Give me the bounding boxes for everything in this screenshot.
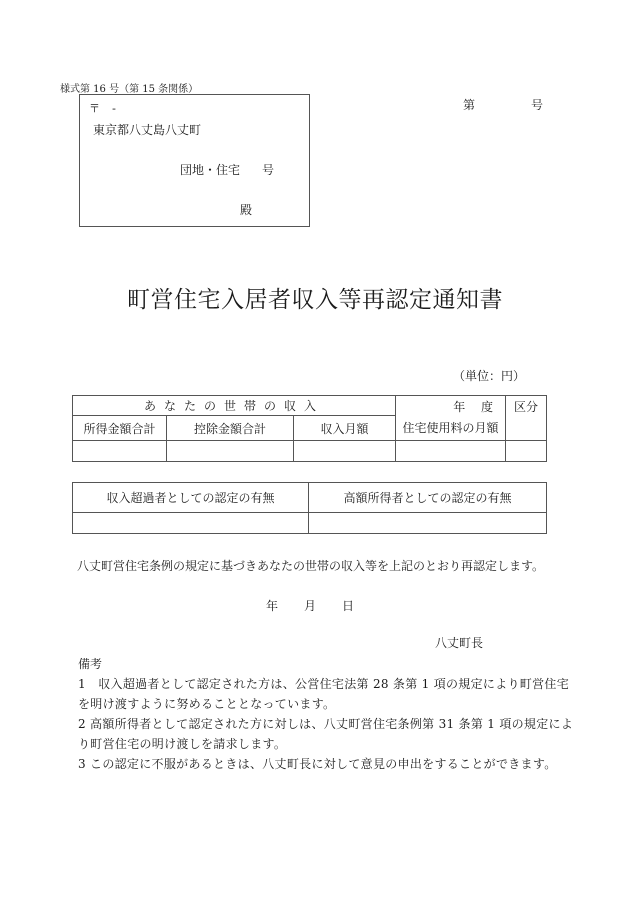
- postal-mark-icon: 〒: [89, 102, 100, 115]
- high-income-header: 高額所得者としての認定の有無: [309, 483, 547, 513]
- remarks-heading: 備考: [78, 655, 102, 672]
- excess-income-cell[interactable]: [73, 513, 309, 534]
- unit-number-label: 号: [262, 163, 274, 177]
- remark-1-line-1: 1 収入超過者として認定された方は、公営住宅法第 28 条第 1 項の規定により…: [78, 675, 569, 692]
- housing-unit-line: 団地・住宅号: [180, 161, 274, 178]
- deduction-total-cell[interactable]: [167, 441, 294, 462]
- remark-3: 3 この認定に不服があるときは、八丈町長に対して意見の申出をすることができます。: [78, 755, 557, 772]
- document-number-go: 号: [531, 98, 543, 112]
- deduction-total-header: 控除金額合計: [167, 416, 294, 441]
- honorific: 殿: [240, 201, 252, 218]
- income-table: あなたの世帯の収入 年 度 住宅使用料の月額 区分 所得金額合計 控除金額合計 …: [72, 395, 547, 462]
- monthly-income-cell[interactable]: [294, 441, 396, 462]
- table-row: [73, 513, 547, 534]
- date-year: 年: [266, 599, 278, 613]
- document-number-dai: 第: [463, 98, 475, 112]
- date-month: 月: [304, 599, 316, 613]
- address-box: 〒- 東京都八丈島八丈町 団地・住宅号 殿: [79, 94, 310, 227]
- monthly-rent-cell[interactable]: [396, 441, 506, 462]
- excess-income-header: 収入超過者としての認定の有無: [73, 483, 309, 513]
- recipient-address: 東京都八丈島八丈町: [93, 121, 201, 138]
- income-total-cell[interactable]: [73, 441, 167, 462]
- postal-dash: -: [112, 102, 116, 115]
- date-line: 年月日: [266, 597, 354, 614]
- document-number: 第号: [463, 96, 543, 113]
- remark-1-line-2: を明け渡すように努めることとなっています。: [78, 695, 335, 712]
- table-row: [73, 441, 547, 462]
- monthly-income-header: 収入月額: [294, 416, 396, 441]
- rent-column-header: 住宅使用料の月額: [396, 419, 505, 436]
- category-header: 区分: [506, 396, 547, 441]
- danchi-label: 団地・住宅: [180, 163, 240, 177]
- year-label: 年 度: [396, 398, 505, 415]
- document-title: 町営住宅入居者収入等再認定通知書: [0, 281, 630, 314]
- postal-code-line: 〒-: [89, 100, 116, 116]
- high-income-cell[interactable]: [309, 513, 547, 534]
- category-cell[interactable]: [506, 441, 547, 462]
- rent-header-cell: 年 度 住宅使用料の月額: [396, 396, 506, 441]
- remark-2-line-1: 2 高額所得者として認定された方に対しは、八丈町営住宅条例第 31 条第 1 項…: [78, 715, 573, 732]
- income-group-header: あなたの世帯の収入: [73, 396, 396, 416]
- issuer: 八丈町長: [435, 634, 483, 651]
- income-total-header: 所得金額合計: [73, 416, 167, 441]
- remark-2-line-2: り町営住宅の明け渡しを請求します。: [78, 735, 286, 752]
- certification-table: 収入超過者としての認定の有無 高額所得者としての認定の有無: [72, 482, 547, 534]
- unit-note: （単位：円）: [453, 367, 525, 384]
- statement: 八丈町営住宅条例の規定に基づきあなたの世帯の収入等を上記のとおり再認定します。: [77, 557, 544, 574]
- form-reference: 様式第 16 号（第 15 条関係）: [60, 80, 198, 95]
- date-day: 日: [342, 599, 354, 613]
